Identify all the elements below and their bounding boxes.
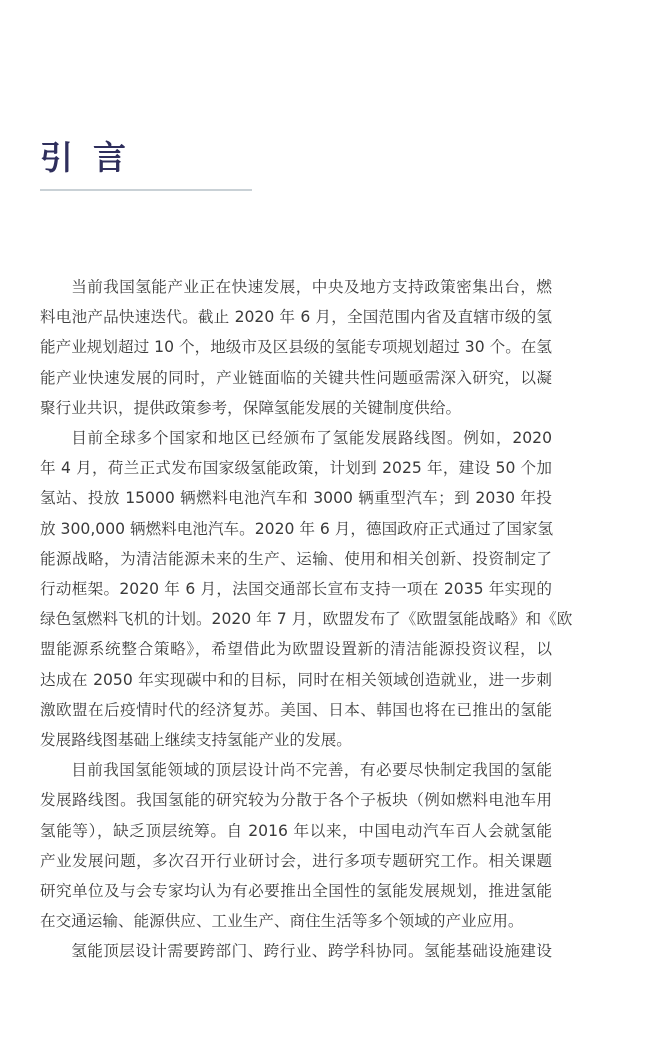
text-line: 氢站、投放 15000 辆燃料电池汽车和 3000 辆重型汽车；到 2030 年… xyxy=(40,483,552,513)
text-line: 目前我国氢能领域的顶层设计尚不完善，有必要尽快制定我国的氢能 xyxy=(40,755,552,785)
paragraph-2: 目前全球多个国家和地区已经颁布了氢能发展路线图。例如，2020 年 4 月，荷兰… xyxy=(40,423,552,755)
text-line: 产业发展问题，多次召开行业研讨会，进行多项专题研究工作。相关课题 xyxy=(40,846,552,876)
text-line: 绿色氢燃料飞机的计划。2020 年 7 月，欧盟发布了《欧盟氢能战略》和《欧 xyxy=(40,604,552,634)
text-line: 行动框架。2020 年 6 月，法国交通部长宣布支持一项在 2035 年实现的 xyxy=(40,574,552,604)
text-line: 在交通运输、能源供应、工业生产、商住生活等多个领域的产业应用。 xyxy=(40,906,552,936)
text-line: 发展路线图。我国氢能的研究较为分散于各个子板块（例如燃料电池车用 xyxy=(40,785,552,815)
text-line: 能产业快速发展的同时，产业链面临的关键共性问题亟需深入研究，以凝 xyxy=(40,363,552,393)
text-line: 年 4 月，荷兰正式发布国家级氢能政策，计划到 2025 年，建设 50 个加 xyxy=(40,453,552,483)
title-underline xyxy=(40,189,252,191)
page-title: 引言 xyxy=(40,136,146,180)
text-line: 料电池产品快速迭代。截止 2020 年 6 月，全国范围内省及直辖市级的氢 xyxy=(40,302,552,332)
document-body: 当前我国氢能产业正在快速发展，中央及地方支持政策密集出台，燃 料电池产品快速迭代… xyxy=(40,272,552,967)
paragraph-4: 氢能顶层设计需要跨部门、跨行业、跨学科协同。氢能基础设施建设 xyxy=(40,936,552,966)
paragraph-1: 当前我国氢能产业正在快速发展，中央及地方支持政策密集出台，燃 料电池产品快速迭代… xyxy=(40,272,552,423)
text-line: 发展路线图基础上继续支持氢能产业的发展。 xyxy=(40,725,552,755)
text-line: 聚行业共识，提供政策参考，保障氢能发展的关键制度供给。 xyxy=(40,393,552,423)
document-page: 引言 当前我国氢能产业正在快速发展，中央及地方支持政策密集出台，燃 料电池产品快… xyxy=(0,0,650,1052)
text-line: 当前我国氢能产业正在快速发展，中央及地方支持政策密集出台，燃 xyxy=(40,272,552,302)
text-line: 激欧盟在后疫情时代的经济复苏。美国、日本、韩国也将在已推出的氢能 xyxy=(40,695,552,725)
paragraph-3: 目前我国氢能领域的顶层设计尚不完善，有必要尽快制定我国的氢能 发展路线图。我国氢… xyxy=(40,755,552,936)
text-line: 盟能源系统整合策略》，希望借此为欧盟设置新的清洁能源投资议程，以 xyxy=(40,634,552,664)
text-line: 目前全球多个国家和地区已经颁布了氢能发展路线图。例如，2020 xyxy=(40,423,552,453)
text-line: 放 300,000 辆燃料电池汽车。2020 年 6 月，德国政府正式通过了国家… xyxy=(40,514,552,544)
text-line: 氢能顶层设计需要跨部门、跨行业、跨学科协同。氢能基础设施建设 xyxy=(40,936,552,966)
text-line: 达成在 2050 年实现碳中和的目标，同时在相关领域创造就业，进一步刺 xyxy=(40,665,552,695)
text-line: 能产业规划超过 10 个，地级市及区县级的氢能专项规划超过 30 个。在氢 xyxy=(40,332,552,362)
text-line: 能源战略，为清洁能源未来的生产、运输、使用和相关创新、投资制定了 xyxy=(40,544,552,574)
text-line: 氢能等），缺乏顶层统筹。自 2016 年以来，中国电动汽车百人会就氢能 xyxy=(40,816,552,846)
text-line: 研究单位及与会专家均认为有必要推出全国性的氢能发展规划，推进氢能 xyxy=(40,876,552,906)
